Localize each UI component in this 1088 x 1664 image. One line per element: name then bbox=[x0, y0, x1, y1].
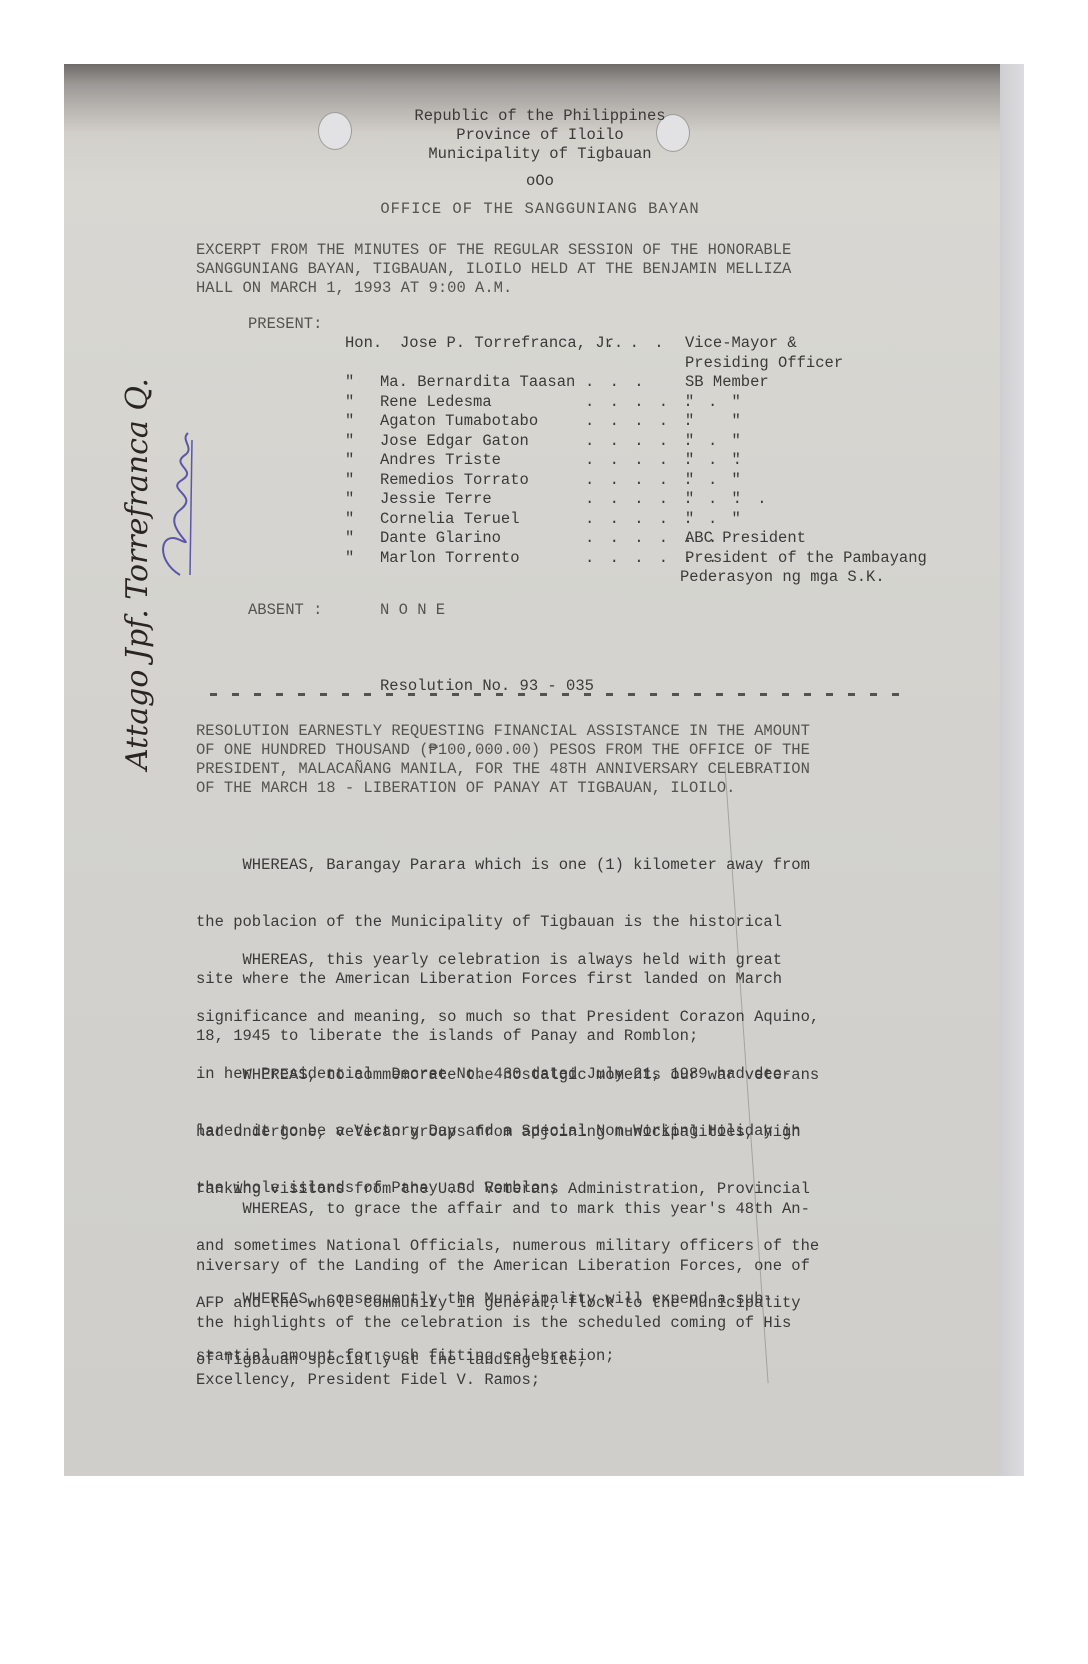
resolution-title-line-2: OF ONE HUNDRED THOUSAND (₱100,000.00) PE… bbox=[196, 741, 810, 760]
absent-value: N O N E bbox=[380, 601, 445, 620]
attendee-name: Jessie Terre bbox=[380, 490, 585, 510]
attendee-prefix: " bbox=[345, 529, 380, 549]
attendee-row: " Andres Triste . . . . . . . " " bbox=[345, 451, 927, 471]
attendee-dots: . . . . . . bbox=[585, 510, 685, 530]
attendee-dots: . . . . . . bbox=[585, 529, 685, 549]
attendee-position: " " bbox=[685, 510, 741, 530]
attendee-position: Vice-Mayor & bbox=[685, 334, 797, 354]
attendee-row: " Marlon Torrento . . . . . . President … bbox=[345, 549, 927, 569]
attendee-prefix: " bbox=[345, 510, 380, 530]
excerpt-line-1: EXCERPT FROM THE MINUTES OF THE REGULAR … bbox=[196, 241, 791, 260]
excerpt-line-2: SANGGUNIANG BAYAN, TIGBAUAN, ILOILO HELD… bbox=[196, 260, 791, 279]
attendee-prefix: " bbox=[345, 432, 380, 452]
attendee-row: " Jose Edgar Gaton . . . . . . " " bbox=[345, 432, 927, 452]
paragraph-line: WHEREAS, consequently the Municipality w… bbox=[196, 1290, 896, 1309]
attendee-position: " " bbox=[685, 432, 741, 452]
attendee-position: President of the Pambayang bbox=[685, 549, 927, 569]
attendee-name: Ma. Bernardita Taasan bbox=[380, 373, 585, 393]
attendee-prefix: " bbox=[345, 393, 380, 413]
resolution-title-line-4: OF THE MARCH 18 - LIBERATION OF PANAY AT… bbox=[196, 779, 736, 798]
paragraph-line: significance and meaning, so much so tha… bbox=[196, 1008, 896, 1027]
attendee-prefix: " bbox=[345, 412, 380, 432]
resolution-title-line-3: PRESIDENT, MALACAÑANG MANILA, FOR THE 48… bbox=[196, 760, 810, 779]
attendee-prefix: " bbox=[345, 549, 380, 569]
whereas-paragraph-5: WHEREAS, consequently the Municipality w… bbox=[196, 1252, 896, 1385]
attendee-dots: . . . . . . bbox=[585, 432, 685, 452]
attendee-row-continued: Presiding Officer bbox=[345, 354, 927, 374]
attendee-dots: . . . bbox=[605, 334, 685, 354]
excerpt-line-3: HALL ON MARCH 1, 1993 AT 9:00 A.M. bbox=[196, 279, 512, 298]
resolution-title-line-1: RESOLUTION EARNESTLY REQUESTING FINANCIA… bbox=[196, 722, 810, 741]
attendance-list: Hon. Jose P. Torrefranca, Jr. . . . Vice… bbox=[345, 334, 927, 588]
resolution-number: Resolution No. 93 - 035 bbox=[380, 677, 594, 696]
attendee-row: " Dante Glarino . . . . . . ABC Presiden… bbox=[345, 529, 927, 549]
attendee-row: " Jessie Terre . . . . . . . . " " bbox=[345, 490, 927, 510]
attendee-prefix: " bbox=[345, 451, 380, 471]
attendee-prefix: " bbox=[345, 490, 380, 510]
attendee-position-line2: Presiding Officer bbox=[685, 354, 843, 374]
attendee-row-continued: Pederasyon ng mga S.K. bbox=[345, 568, 927, 588]
attendee-position: SB Member bbox=[685, 373, 769, 393]
present-label: PRESENT: bbox=[248, 315, 322, 334]
attendee-row: " Rene Ledesma . . . . . . " " bbox=[345, 393, 927, 413]
attendee-position: " " bbox=[685, 471, 741, 491]
attendee-dots: . . . . . . bbox=[585, 549, 685, 569]
attendee-row: " Remedios Torrato . . . . . . " " bbox=[345, 471, 927, 491]
attendee-dots: . . . . . . . . bbox=[585, 490, 685, 510]
attendee-prefix: " bbox=[345, 471, 380, 491]
paragraph-line: had undergone, veteran groups from adjoi… bbox=[196, 1123, 896, 1142]
attendee-position: ABC President bbox=[685, 529, 806, 549]
attendee-position: " " bbox=[685, 393, 741, 413]
header-line-province: Province of Iloilo bbox=[300, 126, 780, 145]
header-line-republic: Republic of the Philippines bbox=[300, 107, 780, 126]
office-title: OFFICE OF THE SANGGUNIANG BAYAN bbox=[250, 200, 830, 219]
absent-label: ABSENT : bbox=[248, 601, 322, 620]
paragraph-line: stantial amount for such fitting celebra… bbox=[196, 1347, 896, 1366]
attendee-name: Andres Triste bbox=[380, 451, 585, 471]
attendee-name: Jose P. Torrefranca, Jr. bbox=[400, 334, 605, 354]
header-line-municipality: Municipality of Tigbauan bbox=[300, 145, 780, 164]
paragraph-line: WHEREAS, to commemorate the nostalgic mo… bbox=[196, 1066, 896, 1085]
attendee-position-line2: Pederasyon ng mga S.K. bbox=[680, 568, 885, 588]
attendee-name: Jose Edgar Gaton bbox=[380, 432, 585, 452]
signature-icon bbox=[150, 430, 210, 580]
paragraph-line: WHEREAS, to grace the affair and to mark… bbox=[196, 1200, 896, 1219]
attendee-prefix: " bbox=[345, 373, 380, 393]
attendee-name: Agaton Tumabotabo bbox=[380, 412, 585, 432]
attendee-dots: . . . . . . . bbox=[585, 451, 685, 471]
attendee-dots: . . . . . bbox=[585, 412, 685, 432]
attendee-position: " " bbox=[685, 451, 741, 471]
attendee-position: " " bbox=[685, 490, 741, 510]
attendee-row: Hon. Jose P. Torrefranca, Jr. . . . Vice… bbox=[345, 334, 927, 354]
attendee-row: " Cornelia Teruel . . . . . . " " bbox=[345, 510, 927, 530]
paragraph-line: WHEREAS, Barangay Parara which is one (1… bbox=[196, 856, 896, 875]
attendee-name: Dante Glarino bbox=[380, 529, 585, 549]
attendee-row: " Ma. Bernardita Taasan . . . SB Member bbox=[345, 373, 927, 393]
attendee-dots: . . . . . . bbox=[585, 393, 685, 413]
paragraph-line: WHEREAS, this yearly celebration is alwa… bbox=[196, 951, 896, 970]
attendee-name: Marlon Torrento bbox=[380, 549, 585, 569]
header-ornament: oOo bbox=[300, 172, 780, 191]
attendee-row: " Agaton Tumabotabo . . . . . " " bbox=[345, 412, 927, 432]
attendee-name: Cornelia Teruel bbox=[380, 510, 585, 530]
attendee-dots: . . . . . . bbox=[585, 471, 685, 491]
attendee-dots: . . . bbox=[585, 373, 685, 393]
attendee-name: Remedios Torrato bbox=[380, 471, 585, 491]
attendee-position: " " bbox=[685, 412, 741, 432]
attendee-name: Rene Ledesma bbox=[380, 393, 585, 413]
page-edge-strip bbox=[1000, 64, 1024, 1476]
attendee-prefix: Hon. bbox=[345, 334, 400, 354]
